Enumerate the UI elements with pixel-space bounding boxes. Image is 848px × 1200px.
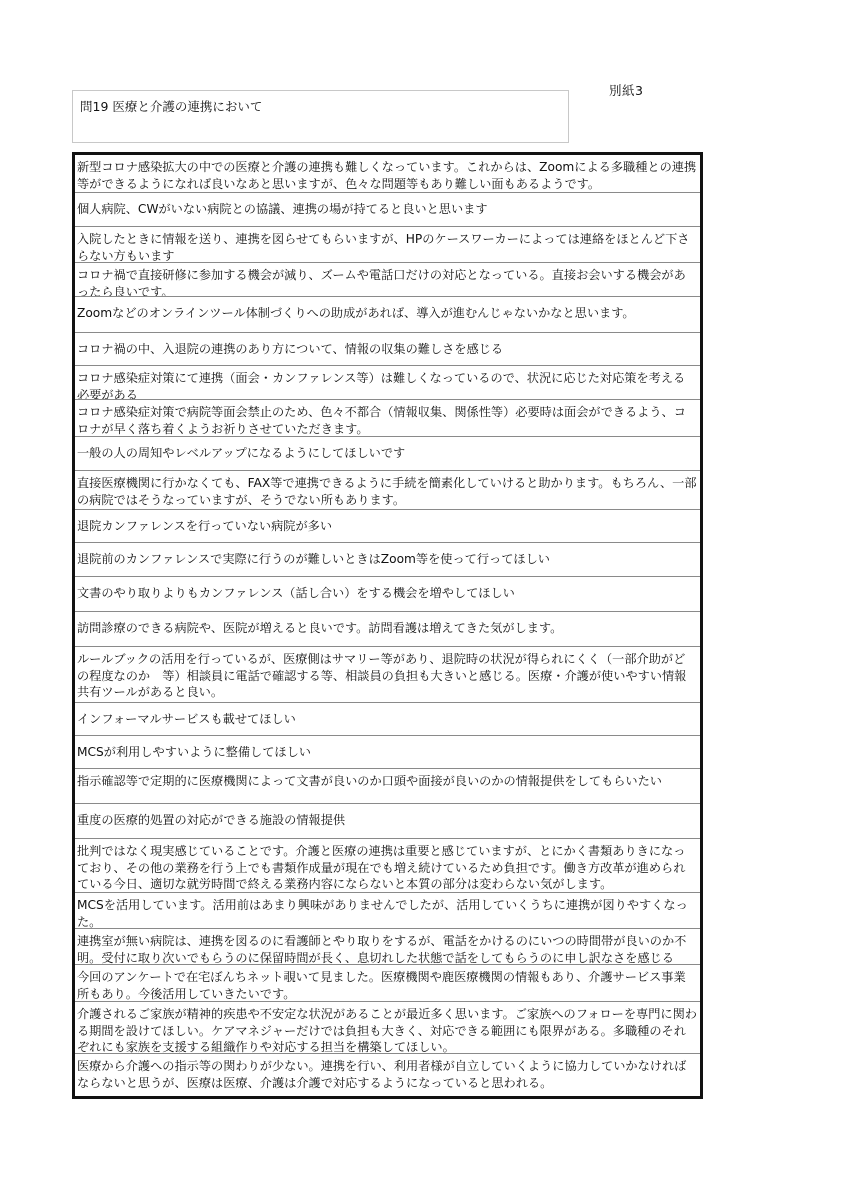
response-text: 介護されるご家族が精神的疾患や不安定な状況があることが最近多く思います。ご家族へ… (77, 1007, 697, 1054)
response-row: 個人病院、CWがいない病院との協議、連携の場が持てると良いと思います (75, 193, 700, 227)
question-title: 問19 医療と介護の連携において (80, 97, 262, 115)
response-text: MCSを活用しています。活用前はあまり興味がありませんでしたが、活用していくうち… (77, 898, 688, 929)
response-row: 重度の医療的処置の対応ができる施設の情報提供 (75, 804, 700, 839)
response-row: コロナ禍で直接研修に参加する機会が減り、ズームや電話口だけの対応となっている。直… (75, 263, 700, 297)
response-row: 新型コロナ感染拡大の中での医療と介護の連携も難しくなっています。これからは、Zo… (75, 155, 700, 193)
response-text: インフォーマルサービスも載せてほしい (77, 712, 296, 726)
response-row: 一般の人の周知やレベルアップになるようにしてほしいです (75, 437, 700, 471)
response-text: コロナ感染症対策にて連携（面会・カンファレンス等）は難しくなっているので、状況に… (77, 371, 685, 400)
response-row: 批判ではなく現実感じていることです。介護と医療の連携は重要と感じていますが、とに… (75, 839, 700, 893)
response-row: 連携室が無い病院は、連携を図るのに看護師とやり取りをするが、電話をかけるのにいつ… (75, 929, 700, 965)
response-row: コロナ禍の中、入退院の連携のあり方について、情報の収集の難しさを感じる (75, 333, 700, 366)
response-row: 退院カンファレンスを行っていない病院が多い (75, 510, 700, 543)
response-row: 直接医療機関に行かなくても、FAX等で連携できるように手続を簡素化していけると助… (75, 471, 700, 510)
response-text: 重度の医療的処置の対応ができる施設の情報提供 (77, 813, 345, 827)
response-text: 入院したときに情報を送り、連携を図らせてもらいますが、HPのケースワーカーによっ… (77, 232, 689, 263)
response-text: 直接医療機関に行かなくても、FAX等で連携できるように手続を簡素化していけると助… (77, 476, 697, 507)
response-row: 指示確認等で定期的に医療機関によって文書が良いのか口頭や面接が良いのかの情報提供… (75, 769, 700, 804)
response-text: コロナ禍の中、入退院の連携のあり方について、情報の収集の難しさを感じる (77, 342, 503, 356)
response-text: 退院カンファレンスを行っていない病院が多い (77, 519, 332, 533)
response-row: ルールブックの活用を行っているが、医療側はサマリー等があり、退院時の状況が得られ… (75, 647, 700, 703)
response-text: Zoomなどのオンラインツール体制づくりへの助成があれば、導入が進むんじゃないか… (77, 306, 635, 320)
response-row: 入院したときに情報を送り、連携を図らせてもらいますが、HPのケースワーカーによっ… (75, 227, 700, 263)
response-text: 連携室が無い病院は、連携を図るのに看護師とやり取りをするが、電話をかけるのにいつ… (77, 934, 686, 965)
response-row: MCSが利用しやすいように整備してほしい (75, 736, 700, 769)
response-row: 介護されるご家族が精神的疾患や不安定な状況があることが最近多く思います。ご家族へ… (75, 1002, 700, 1054)
response-text: コロナ感染症対策で病院等面会禁止のため、色々不都合（情報収集、関係性等）必要時は… (77, 405, 686, 436)
response-row: 訪問診療のできる病院や、医院が増えると良いです。訪問看護は増えてきた気がします。 (75, 612, 700, 647)
response-row: 文書のやり取りよりもカンファレンス（話し合い）をする機会を増やしてほしい (75, 577, 700, 612)
response-text: ルールブックの活用を行っているが、医療側はサマリー等があり、退院時の状況が得られ… (77, 652, 686, 699)
response-row: コロナ感染症対策にて連携（面会・カンファレンス等）は難しくなっているので、状況に… (75, 366, 700, 400)
response-text: 個人病院、CWがいない病院との協議、連携の場が持てると良いと思います (77, 202, 488, 216)
question-header-box: 問19 医療と介護の連携において (72, 90, 569, 143)
response-text: 一般の人の周知やレベルアップになるようにしてほしいです (77, 446, 405, 460)
response-text: MCSが利用しやすいように整備してほしい (77, 745, 311, 759)
response-text: 指示確認等で定期的に医療機関によって文書が良いのか口頭や面接が良いのかの情報提供… (77, 774, 662, 788)
response-row: 退院前のカンファレンスで実際に行うのが難しいときはZoom等を使って行ってほしい (75, 543, 700, 577)
annex-label: 別紙3 (609, 81, 643, 99)
response-text: 医療から介護への指示等の関わりが少ない。連携を行い、利用者様が自立していくように… (77, 1059, 686, 1090)
response-text: 批判ではなく現実感じていることです。介護と医療の連携は重要と感じていますが、とに… (77, 844, 685, 891)
response-row: コロナ感染症対策で病院等面会禁止のため、色々不都合（情報収集、関係性等）必要時は… (75, 400, 700, 437)
response-row: MCSを活用しています。活用前はあまり興味がありませんでしたが、活用していくうち… (75, 893, 700, 929)
response-text: 新型コロナ感染拡大の中での医療と介護の連携も難しくなっています。これからは、Zo… (77, 160, 696, 191)
response-text: 文書のやり取りよりもカンファレンス（話し合い）をする機会を増やしてほしい (77, 586, 515, 600)
response-text: 今回のアンケートで在宅ぼんちネット覗いて見ました。医療機関や鹿医療機関の情報もあ… (77, 970, 686, 1001)
response-row: Zoomなどのオンラインツール体制づくりへの助成があれば、導入が進むんじゃないか… (75, 297, 700, 333)
response-text: コロナ禍で直接研修に参加する機会が減り、ズームや電話口だけの対応となっている。直… (77, 268, 686, 297)
response-text: 訪問診療のできる病院や、医院が増えると良いです。訪問看護は増えてきた気がします。 (77, 621, 562, 635)
responses-table: 新型コロナ感染拡大の中での医療と介護の連携も難しくなっています。これからは、Zo… (72, 152, 703, 1099)
response-row: 医療から介護への指示等の関わりが少ない。連携を行い、利用者様が自立していくように… (75, 1054, 700, 1096)
response-text: 退院前のカンファレンスで実際に行うのが難しいときはZoom等を使って行ってほしい (77, 552, 550, 566)
response-row: インフォーマルサービスも載せてほしい (75, 703, 700, 736)
response-row: 今回のアンケートで在宅ぼんちネット覗いて見ました。医療機関や鹿医療機関の情報もあ… (75, 965, 700, 1002)
